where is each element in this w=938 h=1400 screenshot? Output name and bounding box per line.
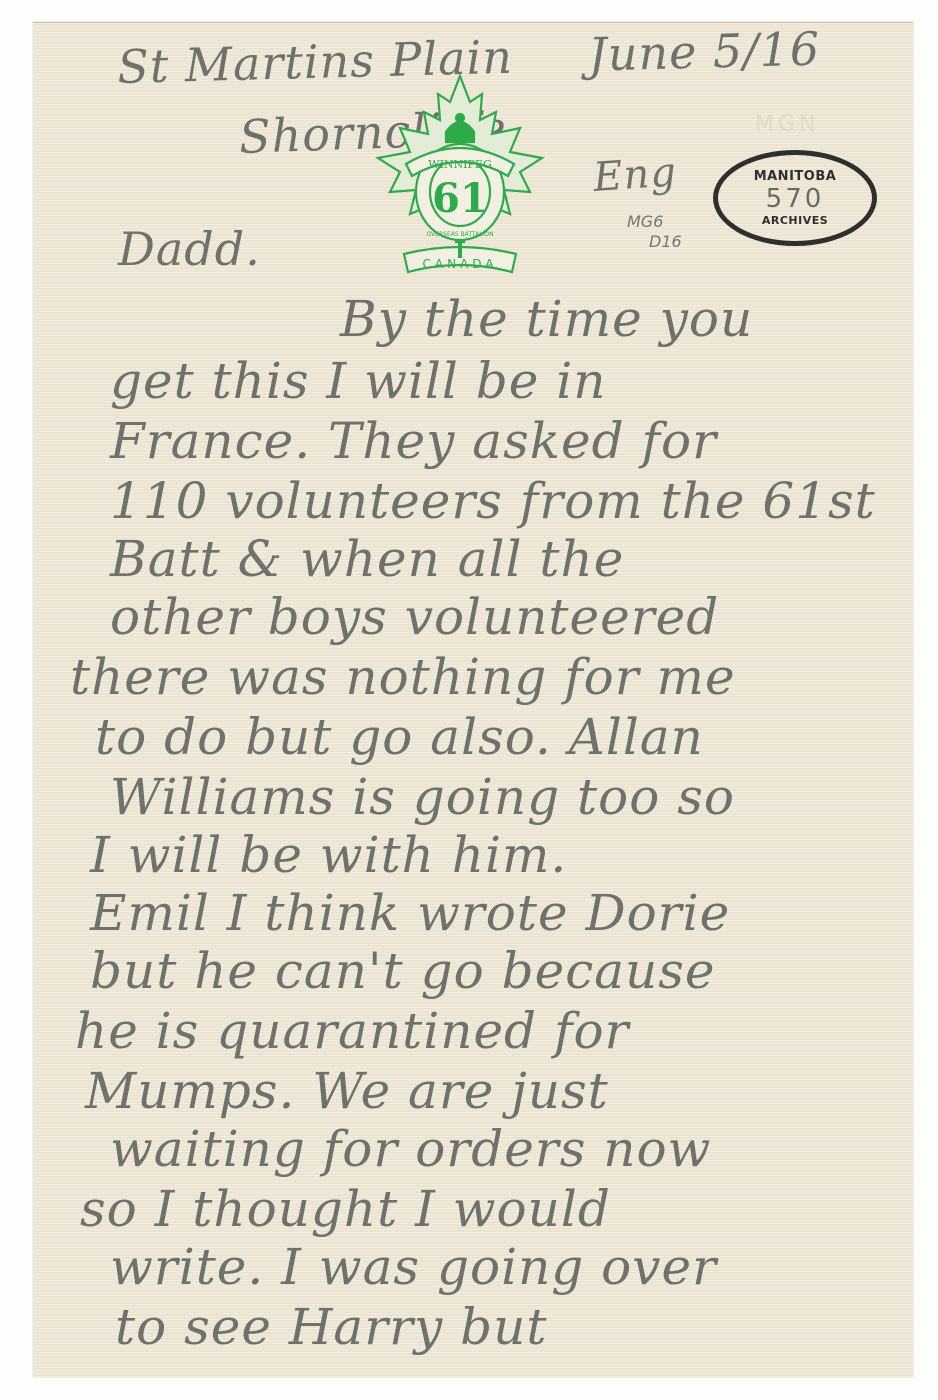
body-line: Batt & when all the (110, 530, 624, 588)
body-line: to see Harry but (115, 1298, 547, 1356)
body-line: so I thought I would (80, 1180, 611, 1238)
body-line: get this I will be in (110, 352, 606, 410)
body-line: but he can't go because (90, 942, 716, 1000)
body-line: write. I was going over (110, 1238, 717, 1296)
body-line: By the time you (340, 290, 753, 348)
body-line: Mumps. We are just (85, 1062, 609, 1120)
body-line: waiting for orders now (110, 1120, 711, 1178)
crest-ring-text: OVERSEAS BATTALION (426, 231, 493, 238)
salutation: Dadd. (118, 222, 261, 276)
body-line: there was nothing for me (70, 648, 736, 706)
body-line: Emil I think wrote Dorie (90, 884, 730, 942)
date-text: June 5/16 (588, 22, 821, 82)
manitoba-archives-stamp: MANITOBA 570 ARCHIVES (713, 150, 877, 246)
crest-banner-bottom: CANADA (422, 257, 497, 271)
body-line: Williams is going too so (110, 768, 735, 826)
crest-number: 61 (432, 175, 488, 222)
reference-line-1: MG6 (627, 212, 682, 232)
body-line: I will be with him. (90, 826, 567, 884)
stamp-bottom-text: ARCHIVES (718, 214, 872, 227)
body-line: he is quarantined for (75, 1002, 629, 1060)
header-country: Eng (592, 149, 679, 201)
maple-leaf-crest-icon: WINNIPEG 61 OVERSEAS BATTALION CANADA (370, 72, 550, 282)
crest-banner-top: WINNIPEG (428, 158, 491, 171)
body-line: 110 volunteers from the 61st (110, 472, 876, 530)
body-line: to do but go also. Allan (95, 708, 704, 766)
stamp-number: 570 (718, 184, 872, 214)
body-line: other boys volunteered (110, 588, 719, 646)
reference-line-2: D16 (627, 232, 682, 252)
stamp-top-text: MANITOBA (718, 169, 872, 184)
body-line: France. They asked for (110, 412, 717, 470)
faint-stamp-impression: MGN (755, 112, 820, 137)
archive-reference-note: MG6 D16 (627, 212, 682, 252)
battalion-crest: WINNIPEG 61 OVERSEAS BATTALION CANADA (370, 72, 550, 282)
